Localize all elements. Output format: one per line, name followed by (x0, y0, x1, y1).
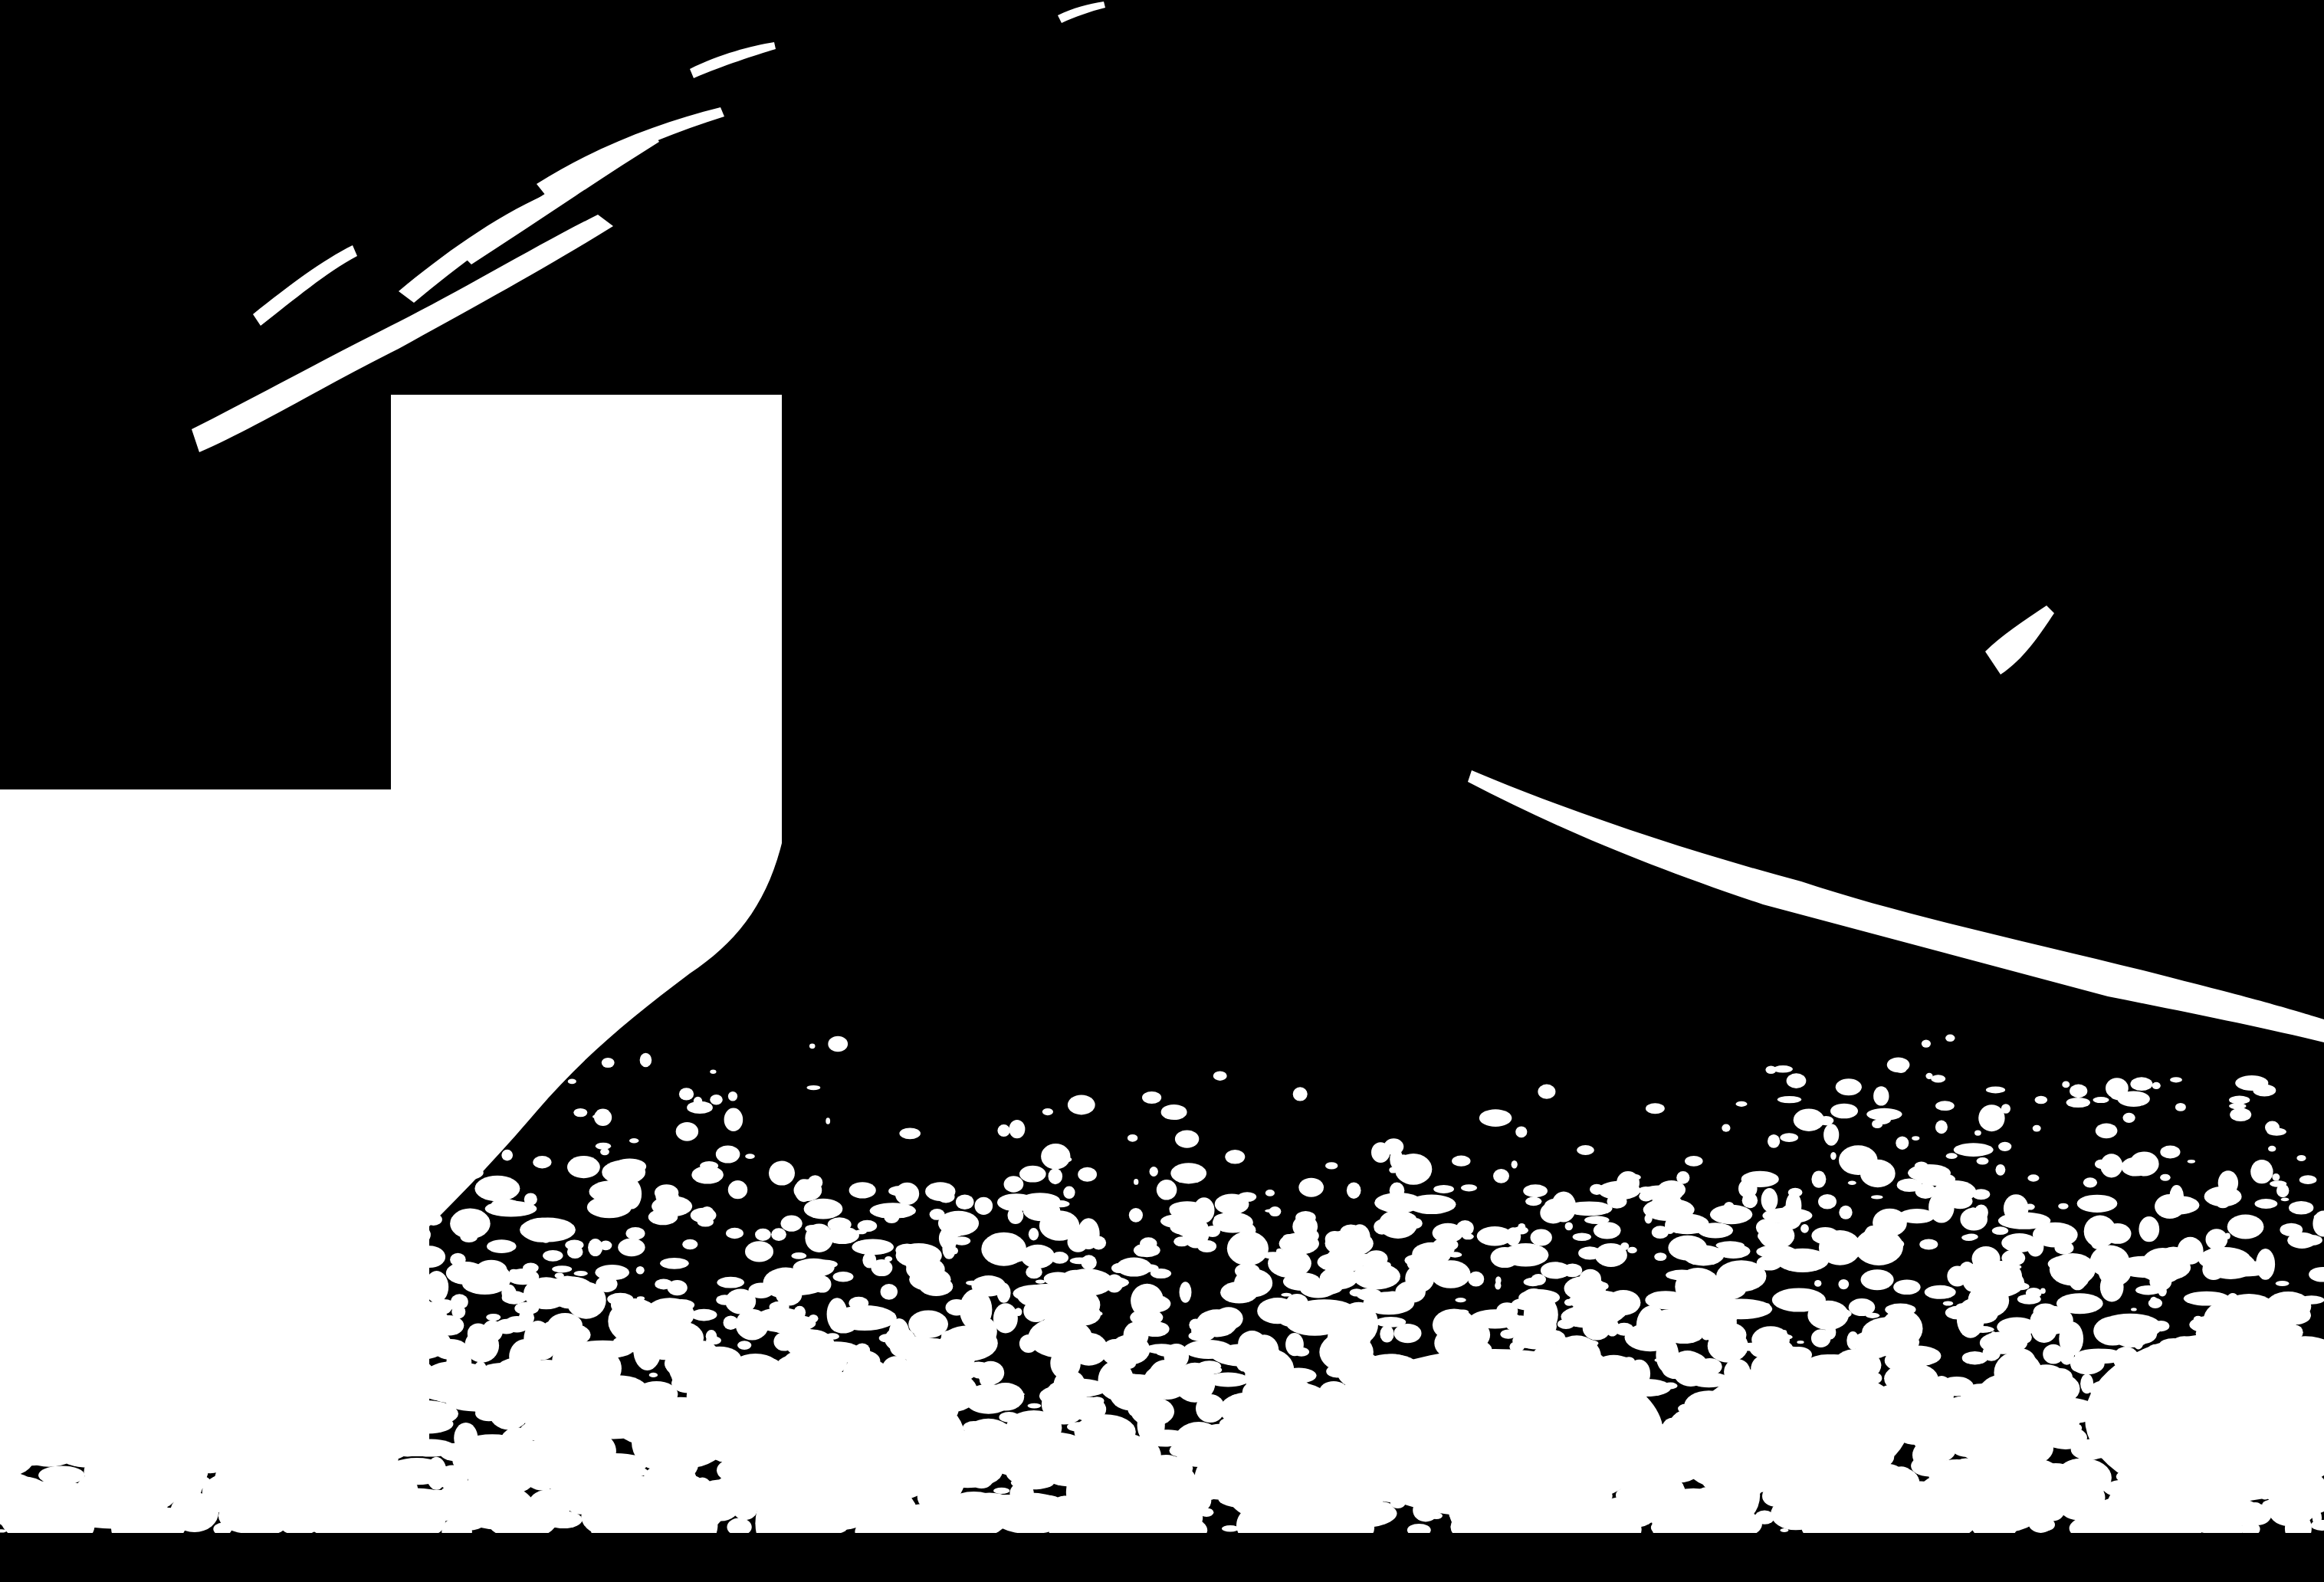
photo-scene (0, 0, 2324, 1582)
bottom-band (0, 1533, 2324, 1582)
